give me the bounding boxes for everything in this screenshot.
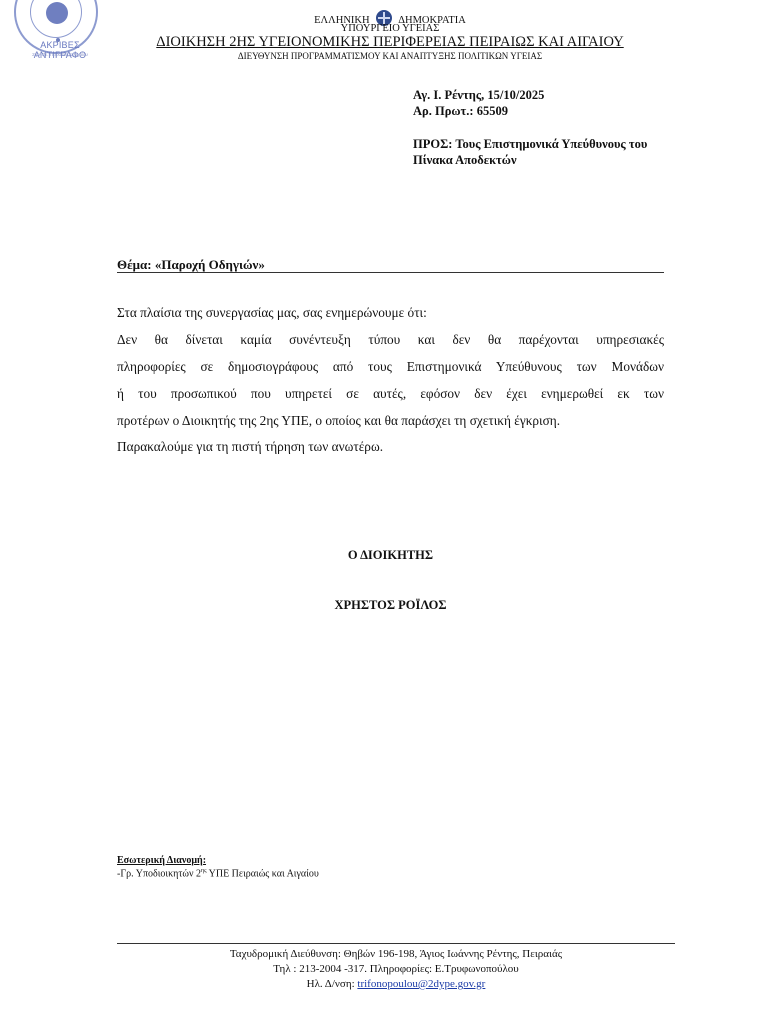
stamp-sublabel: 2η Υ.Πε. Πειραιώς & Αιγαίου [18,52,102,57]
subject-divider [117,272,664,273]
signatory-name: ΧΡΗΣΤΟΣ ΡΟΪΛΟΣ [117,598,664,613]
distribution-item: -Γρ. Υποδιοικητών 2ης ΥΠΕ Πειραιώς και Α… [117,868,319,879]
stamp-label: ΑΚΡΙΒΕΣ ΑΝΤΙΓΡΑΦΟ [18,40,102,60]
footer-phone: Τηλ : 213-2004 -317. Πληροφορίες: Ε.Τρυφ… [117,963,675,975]
letterhead-directorate: ΔΙΕΥΘΥΝΣΗ ΠΡΟΓΡΑΜΜΑΤΙΣΜΟΥ ΚΑΙ ΑΝΑΠΤΥΞΗΣ … [120,51,660,61]
body-line: πληροφορίες σε δημοσιογράφους από τους Ε… [117,354,664,381]
signatory-title: Ο ΔΙΟΙΚΗΤΗΣ [117,548,664,563]
body-line: Δεν θα δίνεται καμία συνέντευξη τύπου κα… [117,327,664,354]
body-closing: Παρακαλούμε για τη πιστή τήρηση των ανωτ… [117,434,664,461]
footer-address: Ταχυδρομική Διεύθυνση: Θηβών 196-198, Άγ… [117,948,675,960]
distribution-title: Εσωτερική Διανομή: [117,855,206,866]
body-intro: Στα πλαίσια της συνεργασίας μας, σας ενη… [117,300,664,327]
distribution-item-suffix: ΥΠΕ Πειραιώς και Αιγαίου [207,868,319,879]
letterhead-ministry: ΥΠΟΥΡΓΕΙΟ ΥΓΕΙΑΣ [120,23,660,34]
stamp-cross-icon [46,2,68,24]
body-line-last: προτέρων ο Διοικητής της 2ης ΥΠΕ, ο οποί… [117,408,664,435]
footer-divider [117,943,675,944]
distribution-item-prefix: -Γρ. Υποδιοικητών 2 [117,868,201,879]
body-line: ή του προσωπικού που υπηρετεί σε αυτές, … [117,381,664,408]
recipient-line-2: Πίνακα Αποδεκτών [413,153,517,168]
footer-email-link[interactable]: trifonopoulou@2dype.gov.gr [357,978,485,990]
protocol-number: Αρ. Πρωτ.: 65509 [413,104,508,119]
footer-email-row: Ηλ. Δ/νση: trifonopoulou@2dype.gov.gr [117,978,675,990]
subject-line: Θέμα: «Παροχή Οδηγιών» [117,257,265,273]
footer-email-label: Ηλ. Δ/νση: [307,978,358,990]
place-date: Αγ. Ι. Ρέντης, 15/10/2025 [413,88,544,103]
letterhead-authority: ΔΙΟΙΚΗΣΗ 2ΗΣ ΥΓΕΙΟΝΟΜΙΚΗΣ ΠΕΡΙΦΕΡΕΙΑΣ ΠΕ… [120,34,660,51]
recipient-line-1: ΠΡΟΣ: Τους Επιστημονικά Υπεύθυνους του [413,137,647,152]
